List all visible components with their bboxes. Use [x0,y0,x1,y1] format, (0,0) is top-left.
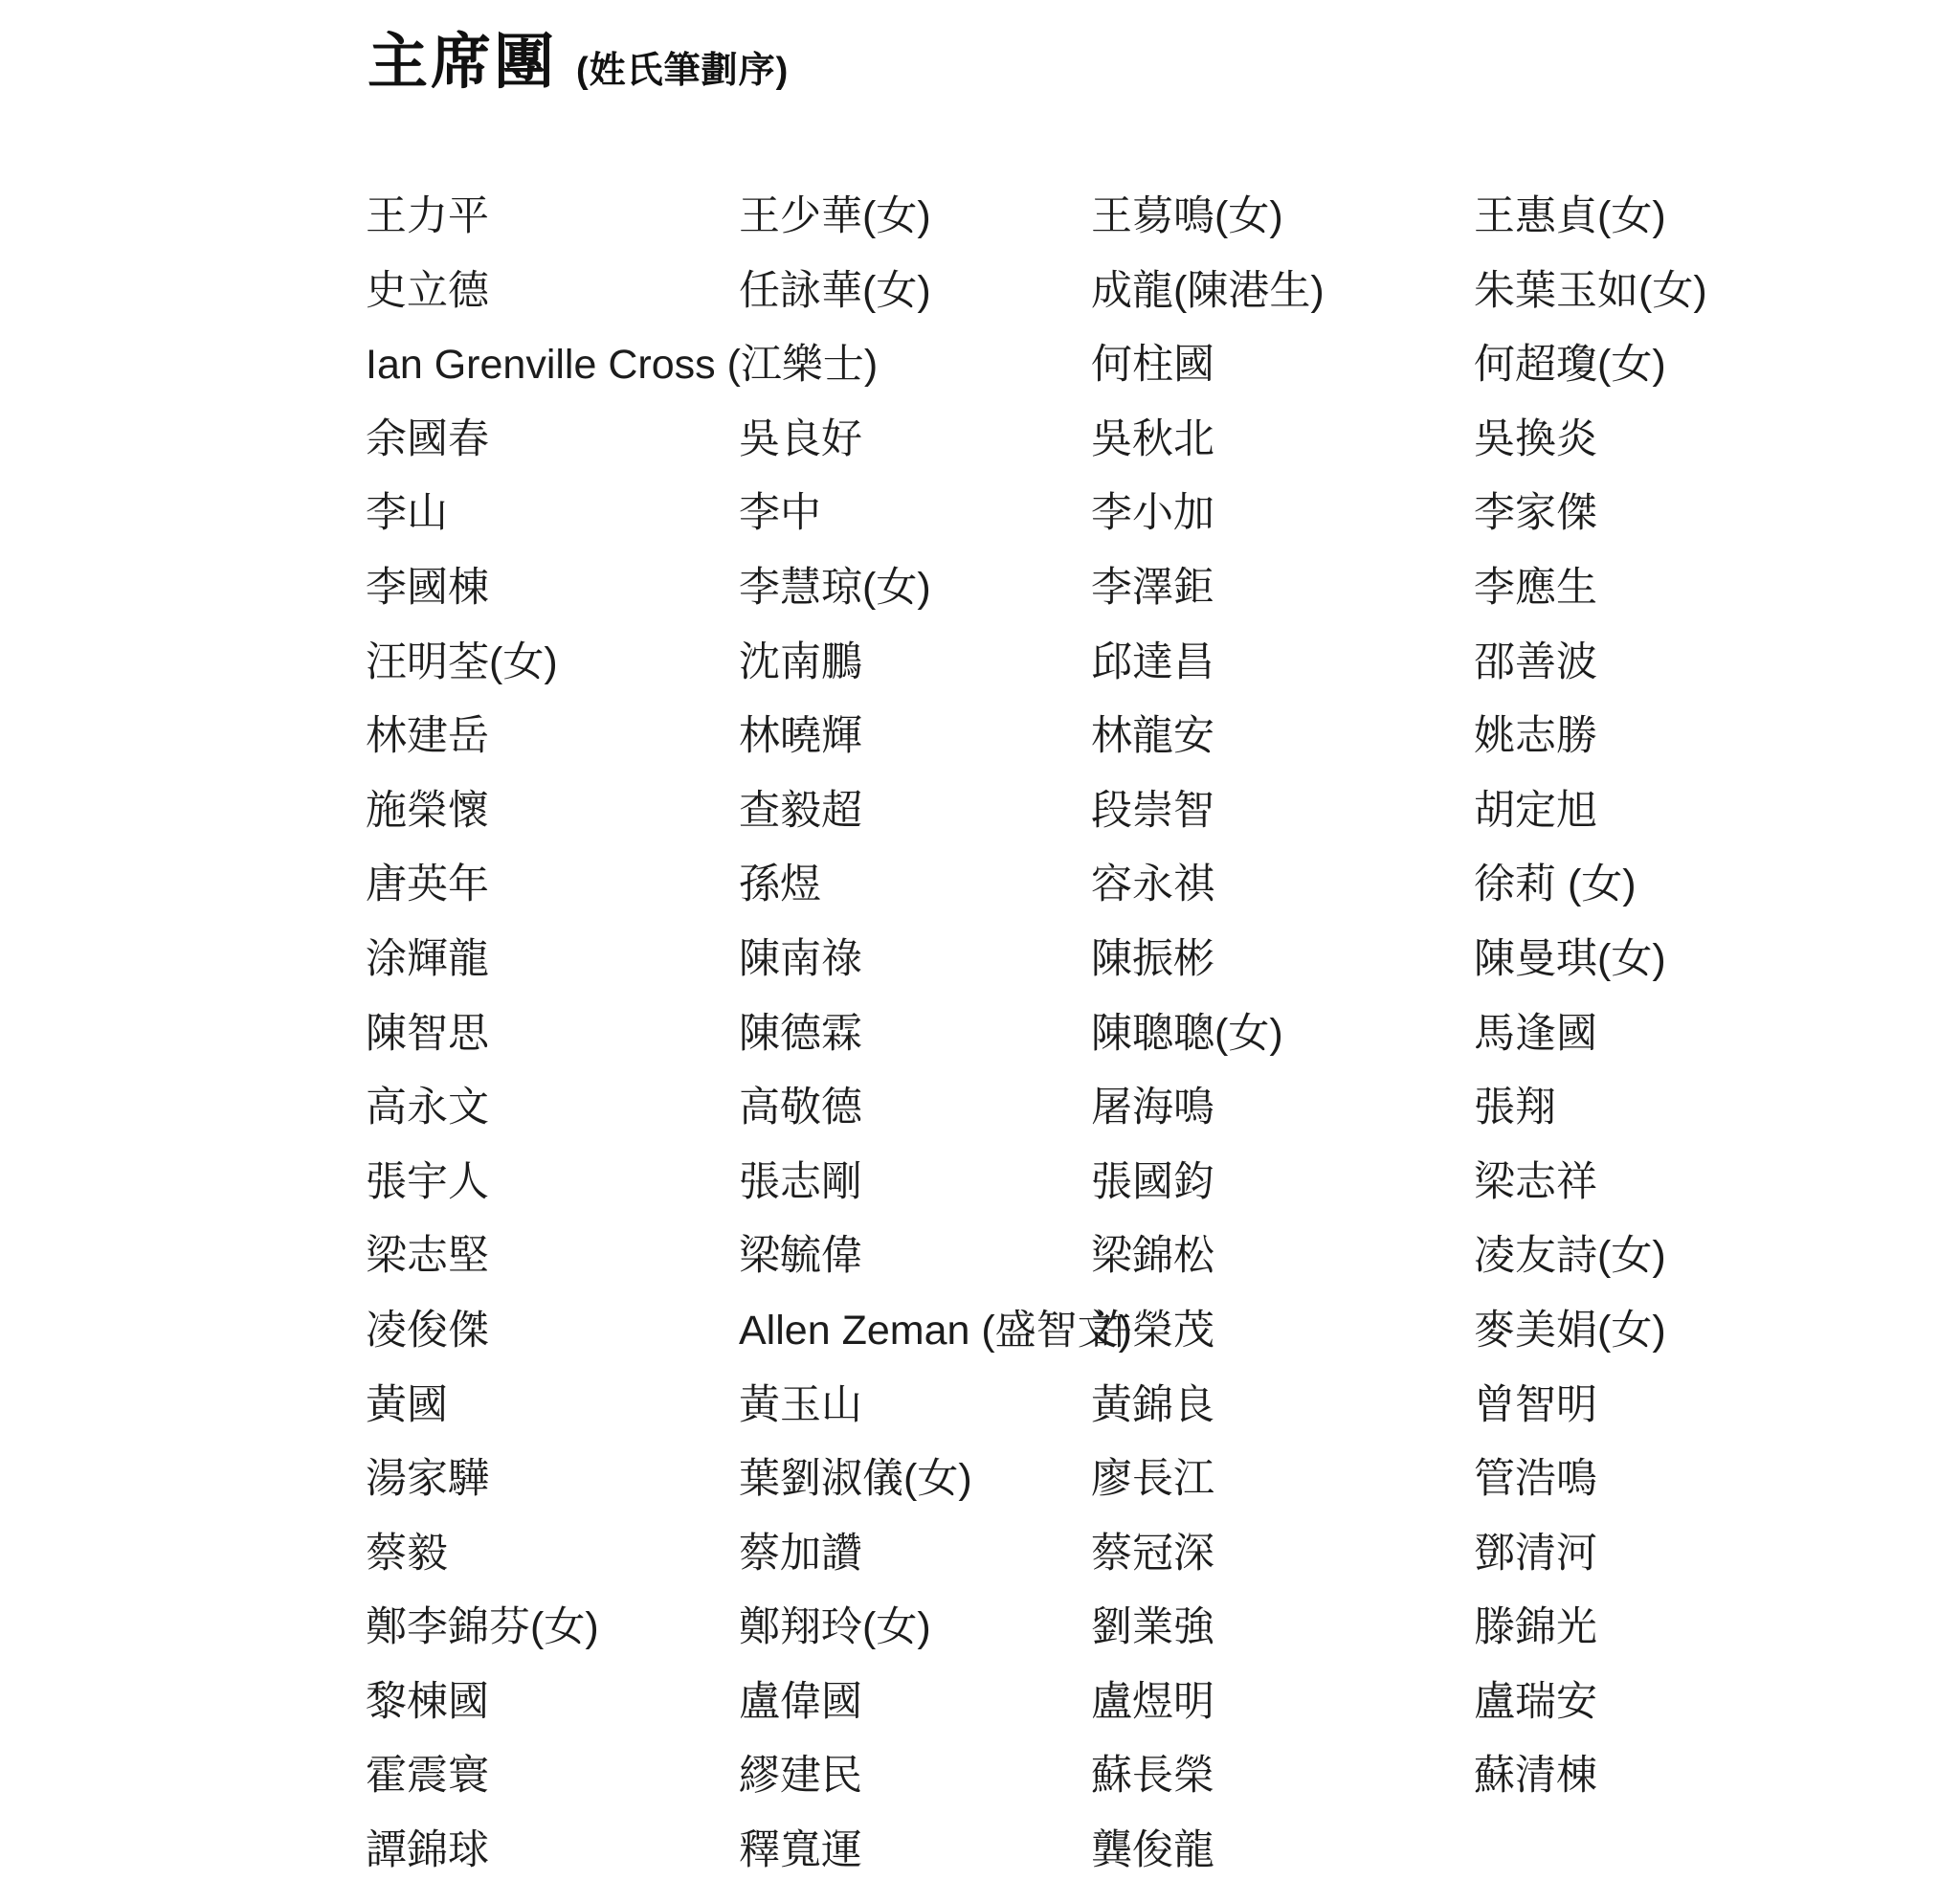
member-name: 王惠貞(女) [1474,190,1897,264]
member-name: 容永祺 [1091,858,1474,932]
member-name: 黃錦良 [1091,1378,1474,1453]
member-name: 黎棟國 [366,1675,739,1750]
member-name: 張翔 [1474,1081,1897,1155]
member-name: 段崇智 [1091,784,1474,859]
member-name: 林曉輝 [739,709,1091,784]
member-name: 滕錦光 [1474,1601,1897,1675]
member-name: 吳換炎 [1474,413,1897,487]
member-name: 盧煜明 [1091,1675,1474,1750]
member-name: 張志剛 [739,1155,1091,1230]
member-name: 龔俊龍 [1091,1824,1474,1898]
member-name: 成龍(陳港生) [1091,264,1474,339]
member-name: 黃國 [366,1378,739,1453]
member-name: 王䓪鳴(女) [1091,190,1474,264]
member-name: 廖長江 [1091,1452,1474,1527]
member-name: 任詠華(女) [739,264,1091,339]
member-name: 劉業強 [1091,1601,1474,1675]
member-name: 涂輝龍 [366,932,739,1007]
member-name: 胡定旭 [1474,784,1897,859]
member-name: 唐英年 [366,858,739,932]
member-name: 管浩鳴 [1474,1452,1897,1527]
members-grid: 王力平王少華(女)王䓪鳴(女)王惠貞(女)史立德任詠華(女)成龍(陳港生)朱葉玉… [366,190,1897,1898]
member-name: Allen Zeman (盛智文) [739,1304,1091,1378]
member-name: 鄭李錦芬(女) [366,1601,739,1675]
member-name: 高永文 [366,1081,739,1155]
member-name: 蘇清棟 [1474,1749,1897,1824]
member-name: 查毅超 [739,784,1091,859]
member-name: 釋寬運 [739,1824,1091,1898]
member-name: 史立德 [366,264,739,339]
member-name: 沈南鵬 [739,636,1091,710]
member-name: 葉劉淑儀(女) [739,1452,1091,1527]
member-name: 蘇長榮 [1091,1749,1474,1824]
member-name: 李山 [366,486,739,561]
member-name: 朱葉玉如(女) [1474,264,1897,339]
member-name: Ian Grenville Cross (江樂士) [366,338,739,413]
member-name: 屠海鳴 [1091,1081,1474,1155]
member-name: 李家傑 [1474,486,1897,561]
member-name: 王力平 [366,190,739,264]
member-name: 李澤鉅 [1091,561,1474,636]
member-name: 李中 [739,486,1091,561]
member-name: 徐莉 (女) [1474,858,1897,932]
member-name: 孫煜 [739,858,1091,932]
member-name: 曾智明 [1474,1378,1897,1453]
member-name: 盧瑞安 [1474,1675,1897,1750]
member-name: 施榮懷 [366,784,739,859]
member-name: 吳良好 [739,413,1091,487]
member-name: 李國棟 [366,561,739,636]
member-name: 黃玉山 [739,1378,1091,1453]
member-name: 邱達昌 [1091,636,1474,710]
member-name: 湯家驊 [366,1452,739,1527]
member-name: 汪明荃(女) [366,636,739,710]
member-name: 李應生 [1474,561,1897,636]
member-name: 王少華(女) [739,190,1091,264]
member-name: 林建岳 [366,709,739,784]
member-name: 蔡加讚 [739,1527,1091,1601]
page-title: 主席團 (姓氏筆劃序) [367,13,789,101]
member-name: 姚志勝 [1474,709,1897,784]
member-name: 陳振彬 [1091,932,1474,1007]
page-title-sort-note: (姓氏筆劃序) [576,40,789,93]
member-name: 邵善波 [1474,636,1897,710]
member-name: 馬逢國 [1474,1007,1897,1082]
member-name: 凌俊傑 [366,1304,739,1378]
member-name: 陳南祿 [739,932,1091,1007]
member-name: 何超瓊(女) [1474,338,1897,413]
member-name: 李慧琼(女) [739,561,1091,636]
member-name: 鄭翔玲(女) [739,1601,1091,1675]
member-name: 麥美娟(女) [1474,1304,1897,1378]
document-page: { "title": "主席團", "title_note": "(姓氏筆劃序)… [0,0,1960,1903]
member-name: 譚錦球 [366,1824,739,1898]
member-name: 梁志堅 [366,1229,739,1304]
member-name: 何柱國 [1091,338,1474,413]
member-name: 梁志祥 [1474,1155,1897,1230]
member-name [739,338,1091,413]
member-name: 梁錦松 [1091,1229,1474,1304]
page-title-text: 主席團 [367,13,557,101]
member-name: 鄧清河 [1474,1527,1897,1601]
member-name: 凌友詩(女) [1474,1229,1897,1304]
member-name: 張國鈞 [1091,1155,1474,1230]
member-name: 李小加 [1091,486,1474,561]
member-name: 陳智思 [366,1007,739,1082]
member-name: 蔡冠深 [1091,1527,1474,1601]
member-name: 陳聰聰(女) [1091,1007,1474,1082]
member-name: 梁毓偉 [739,1229,1091,1304]
member-name: 張宇人 [366,1155,739,1230]
member-name: 許榮茂 [1091,1304,1474,1378]
member-name: 高敬德 [739,1081,1091,1155]
member-name: 霍震寰 [366,1749,739,1824]
member-name: 陳曼琪(女) [1474,932,1897,1007]
member-name: 繆建民 [739,1749,1091,1824]
member-name: 余國春 [366,413,739,487]
member-name: 吳秋北 [1091,413,1474,487]
member-name: 蔡毅 [366,1527,739,1601]
member-name: 盧偉國 [739,1675,1091,1750]
member-name: 林龍安 [1091,709,1474,784]
member-name [1474,1824,1897,1898]
member-name: 陳德霖 [739,1007,1091,1082]
